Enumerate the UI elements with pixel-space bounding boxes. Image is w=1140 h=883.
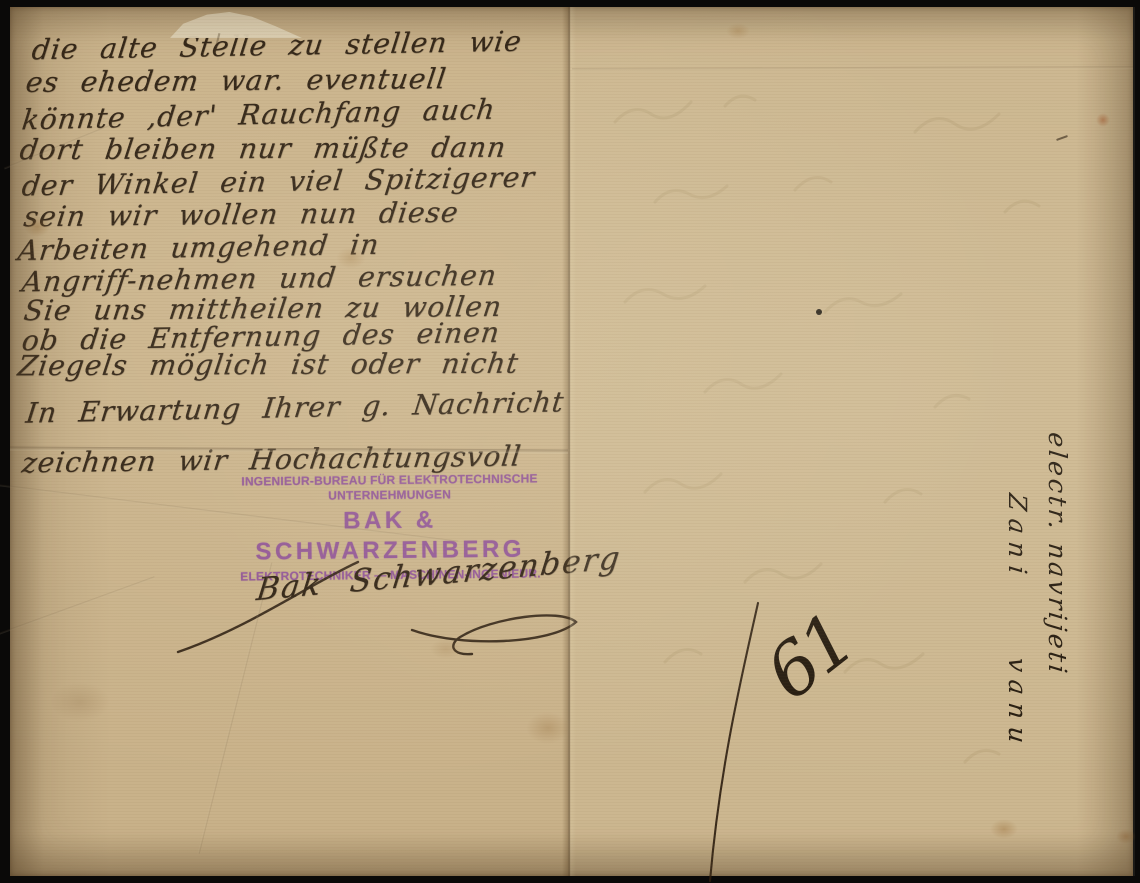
paper-sheet: die alte Stelle zu stellen wie es ehedem… [10,7,1133,876]
vertical-annotation-bottom: Zani vanu [1003,492,1032,753]
handwritten-line: Ziegels möglich ist oder nicht [16,347,521,383]
handwritten-line: In Erwartung Ihrer g. Nachricht [24,385,566,429]
letter-page-left: die alte Stelle zu stellen wie es ehedem… [10,7,568,876]
handwritten-line: es ehedem war. eventuell [24,62,449,99]
vertical-annotation-top: electr. navrijeti [1043,431,1072,677]
long-pen-stroke [688,595,778,883]
handwritten-line: dort bleiben nur müßte dann [18,131,509,167]
scanned-letter: die alte Stelle zu stellen wie es ehedem… [0,0,1140,883]
handwritten-line: könnte ‚der' Rauchfang auch [20,93,497,137]
stamp-line-bureau: INGENIEUR-BUREAU FÜR ELEKTROTECHNISCHE U… [207,471,571,505]
handwritten-line: sein wir wollen nun diese [22,196,461,234]
